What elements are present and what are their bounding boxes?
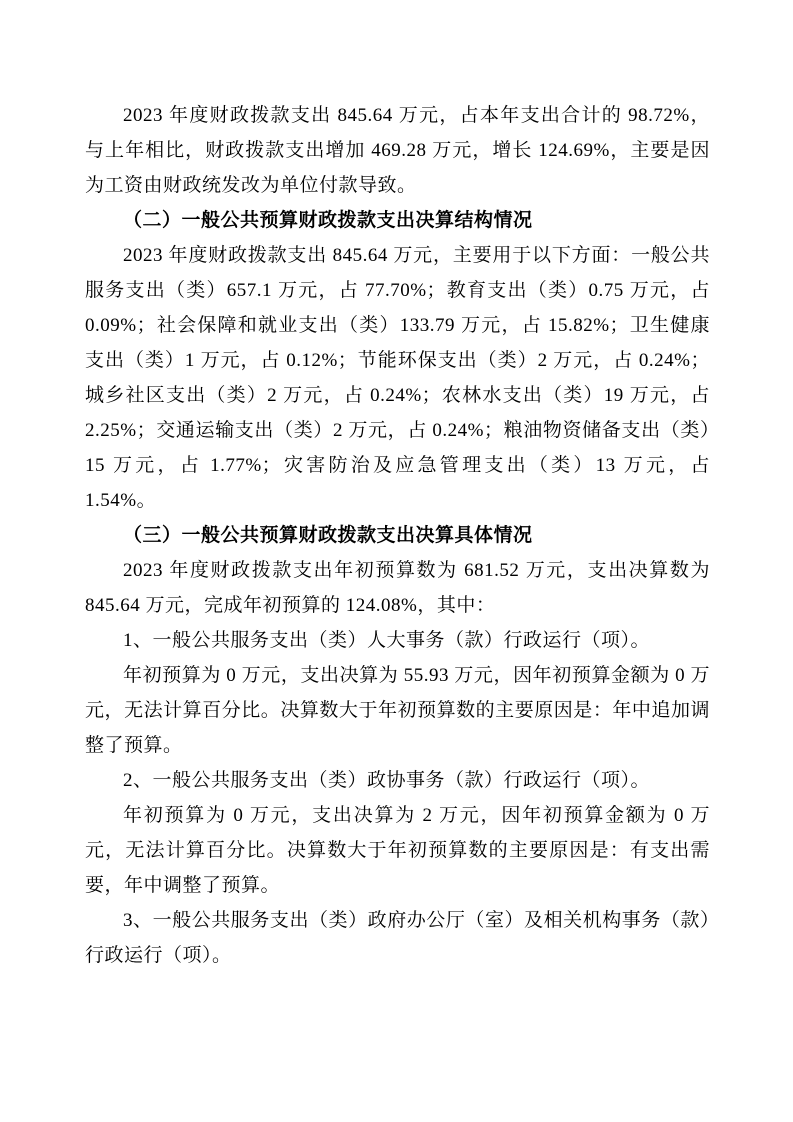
- para-item-1-renda-affairs: 1、一般公共服务支出（类）人大事务（款）行政运行（项）。: [85, 623, 710, 658]
- para-item-3-government-office-affairs: 3、一般公共服务支出（类）政府办公厅（室）及相关机构事务（款）行政运行（项）。: [85, 903, 710, 973]
- heading-section-3-expenditure-details: （三）一般公共预算财政拨款支出决算具体情况: [85, 518, 710, 553]
- para-fiscal-appropriation-expenditure-overview: 2023 年度财政拨款支出 845.64 万元，占本年支出合计的 98.72%，…: [85, 98, 710, 203]
- para-expenditure-structure-breakdown: 2023 年度财政拨款支出 845.64 万元，主要用于以下方面：一般公共服务支…: [85, 238, 710, 518]
- para-item-1-explanation: 年初预算为 0 万元，支出决算为 55.93 万元，因年初预算金额为 0 万元，…: [85, 658, 710, 763]
- para-budget-vs-final-accounts: 2023 年度财政拨款支出年初预算数为 681.52 万元，支出决算数为 845…: [85, 553, 710, 623]
- para-item-2-explanation: 年初预算为 0 万元，支出决算为 2 万元，因年初预算金额为 0 万元，无法计算…: [85, 798, 710, 903]
- heading-section-2-expenditure-structure: （二）一般公共预算财政拨款支出决算结构情况: [85, 203, 710, 238]
- document-page: 2023 年度财政拨款支出 845.64 万元，占本年支出合计的 98.72%，…: [0, 0, 793, 1122]
- para-item-2-zhengxie-affairs: 2、一般公共服务支出（类）政协事务（款）行政运行（项）。: [85, 763, 710, 798]
